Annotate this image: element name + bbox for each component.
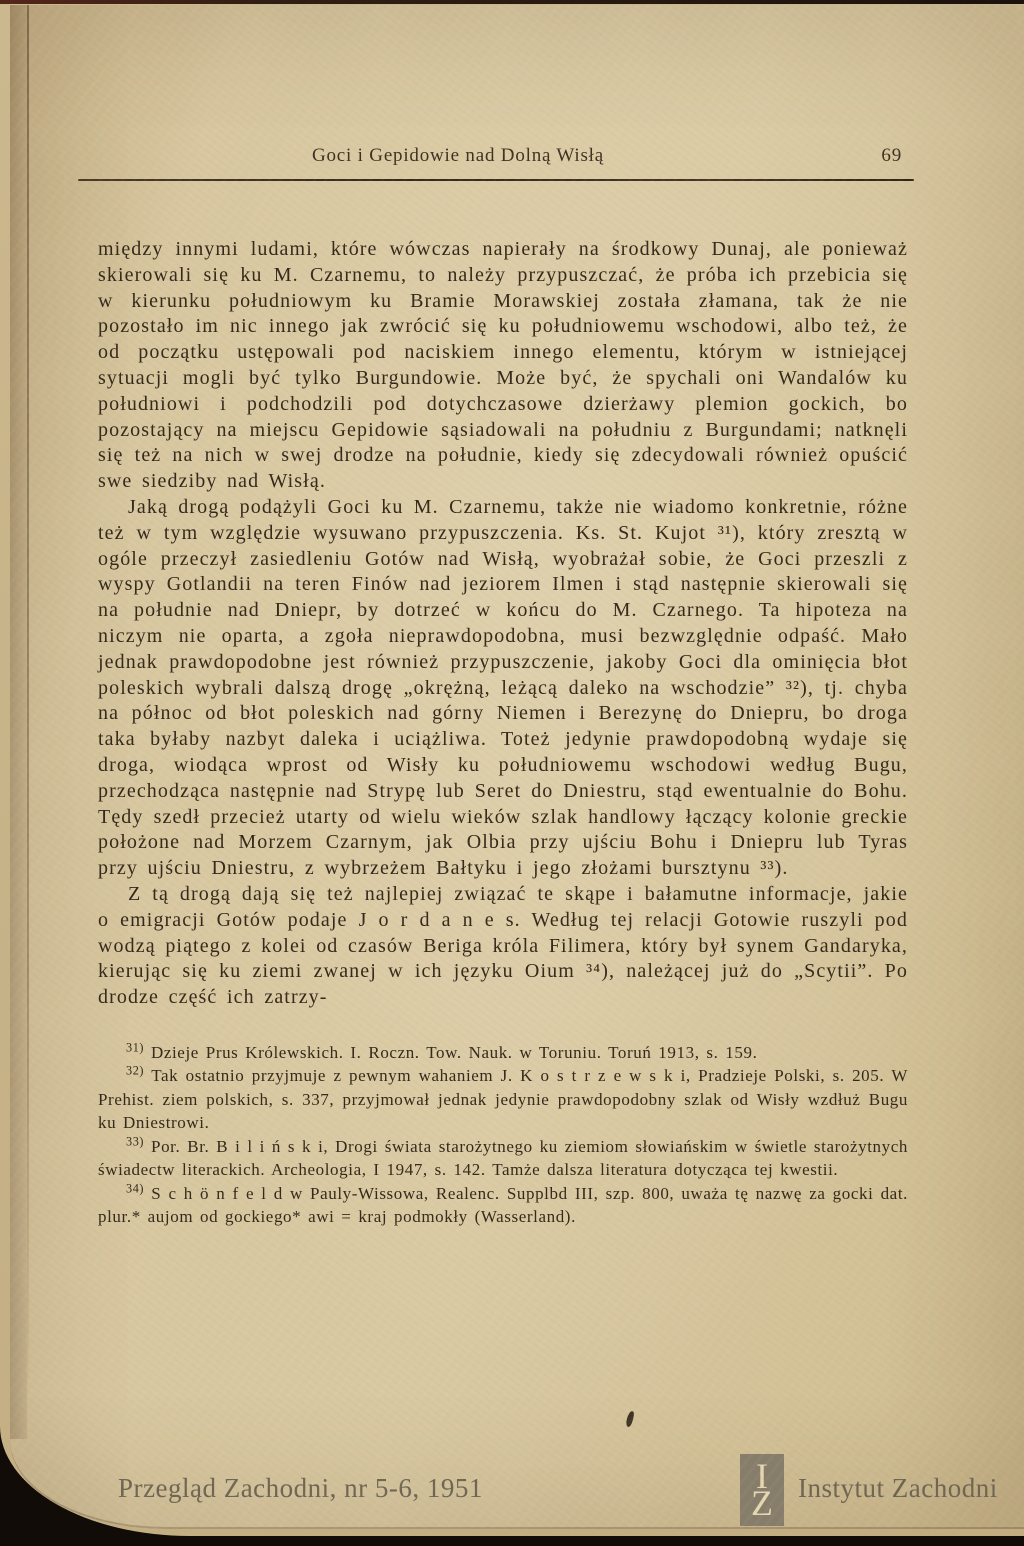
paragraph: Z tą drogą dają się też najlepiej związa… bbox=[98, 882, 908, 1011]
footnote-text: Dzieje Prus Królewskich. I. Roczn. Tow. … bbox=[144, 1043, 757, 1062]
header-rule bbox=[78, 179, 914, 181]
footnote: 32) Tak ostatnio przyjmuje z pewnym waha… bbox=[98, 1064, 908, 1135]
footnote-text: S c h ö n f e l d w Pauly-Wissowa, Reale… bbox=[98, 1184, 908, 1227]
footnote: 31) Dzieje Prus Królewskich. I. Roczn. T… bbox=[98, 1041, 908, 1065]
footnotes: 31) Dzieje Prus Królewskich. I. Roczn. T… bbox=[98, 1041, 908, 1229]
footnote-marker: 31) bbox=[126, 1040, 144, 1054]
running-title: Goci i Gepidowie nad Dolną Wisłą bbox=[98, 145, 818, 167]
page: Goci i Gepidowie nad Dolną Wisłą 69 międ… bbox=[10, 5, 1024, 1529]
journal-footer-line: Przegląd Zachodni, nr 5-6, 1951 bbox=[118, 1473, 483, 1504]
footnote-marker: 34) bbox=[126, 1181, 144, 1195]
logo-letter-z: Z bbox=[751, 1490, 773, 1517]
footnote: 34) S c h ö n f e l d w Pauly-Wissowa, R… bbox=[98, 1182, 908, 1229]
paragraph: Jaką drogą podążyli Goci ku M. Czarnemu,… bbox=[98, 495, 908, 882]
book-page-scan: Goci i Gepidowie nad Dolną Wisłą 69 międ… bbox=[0, 0, 1024, 1546]
paragraph: między innymi ludami, które wówczas napi… bbox=[98, 237, 908, 495]
page-number: 69 bbox=[881, 145, 902, 167]
page-header: Goci i Gepidowie nad Dolną Wisłą 69 bbox=[98, 145, 908, 175]
ink-blemish-mark bbox=[625, 1411, 635, 1428]
body-text: między innymi ludami, które wówczas napi… bbox=[98, 237, 908, 1011]
footnote-marker: 33) bbox=[126, 1134, 144, 1148]
instytut-zachodni-logo: I Z bbox=[740, 1454, 784, 1526]
footnote-text: Por. Br. B i l i ń s k i, Drogi świata s… bbox=[98, 1137, 908, 1180]
page-crease-line bbox=[27, 5, 29, 1409]
footnote-text: Tak ostatnio przyjmuje z pewnym wahaniem… bbox=[98, 1066, 908, 1132]
footnote-marker: 32) bbox=[126, 1064, 144, 1078]
page-content: Goci i Gepidowie nad Dolną Wisłą 69 międ… bbox=[98, 145, 908, 1229]
page-gutter-shade bbox=[10, 5, 27, 1439]
publisher-name: Instytut Zachodni bbox=[798, 1473, 998, 1504]
footnote: 33) Por. Br. B i l i ń s k i, Drogi świa… bbox=[98, 1135, 908, 1182]
